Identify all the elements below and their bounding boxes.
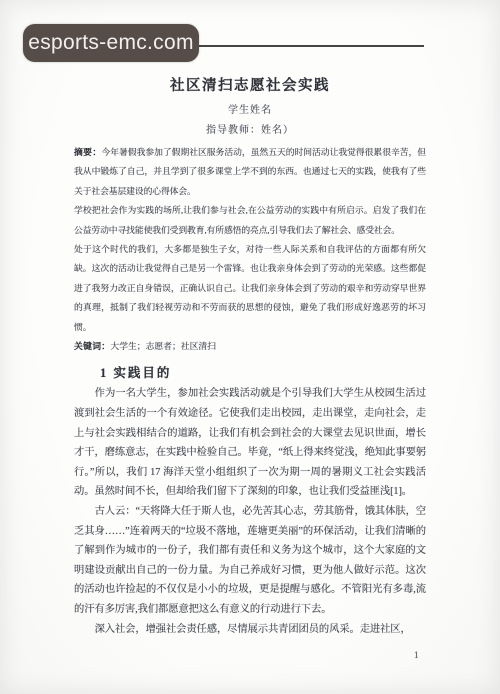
section1-heading: 1 实践目的 [100, 363, 426, 381]
advisor-name-line: 指导教师：姓名） [74, 121, 426, 136]
keywords-line: 关键词：大学生；志愿者；社区清扫 [74, 337, 426, 356]
site-watermark-badge: esports-emc.com [23, 24, 199, 62]
section1-paragraph: 古人云：“天将降大任于斯人也，必先苦其心志，劳其筋骨，饿其体肤，空乏其身……”连… [74, 502, 426, 620]
abstract-paragraph: 摘要：今年暑假我参加了假期社区服务活动，虽然五天的时间活动让我觉得很累很辛苦，但… [74, 143, 426, 201]
keywords-label: 关键词： [74, 341, 110, 351]
abstract-paragraph: 处于这个时代的我们，大多都是独生子女，对待一些人际关系和自我评估的方面都有所欠缺… [74, 240, 426, 337]
section1-paragraph: 深入社会，增强社会责任感，尽情展示共青团团员的风采。走进社区， [74, 620, 426, 640]
page-number: 1 [414, 650, 419, 660]
doc-title: 社区清扫志愿社会实践 [74, 74, 426, 95]
document-page: esports-emc.com 社区清扫志愿社会实践 学生姓名 指导教师：姓名）… [0, 0, 500, 694]
section1-paragraph: 作为一名大学生，参加社会实践活动就是个引导我们大学生从校园生活过渡到社会生活的一… [74, 384, 426, 502]
abstract-text: 今年暑假我参加了假期社区服务活动，虽然五天的时间活动让我觉得很累很辛苦，但我从中… [74, 147, 426, 196]
student-name-line: 学生姓名 [74, 101, 426, 116]
abstract-paragraph: 学校把社会作为实践的场所,让我们参与社会,在公益劳动的实践中有所启示。启发了我们… [74, 201, 426, 240]
abstract-label: 摘要： [74, 147, 102, 157]
abstract-block: 摘要：今年暑假我参加了假期社区服务活动，虽然五天的时间活动让我觉得很累很辛苦，但… [74, 143, 426, 337]
document-body: 摘要：今年暑假我参加了假期社区服务活动，虽然五天的时间活动让我觉得很累很辛苦，但… [74, 143, 426, 639]
section1-body: 作为一名大学生，参加社会实践活动就是个引导我们大学生从校园生活过渡到社会生活的一… [74, 384, 426, 639]
watermark-label: esports-emc.com [28, 31, 194, 55]
keywords-text: 大学生；志愿者；社区清扫 [110, 341, 216, 351]
